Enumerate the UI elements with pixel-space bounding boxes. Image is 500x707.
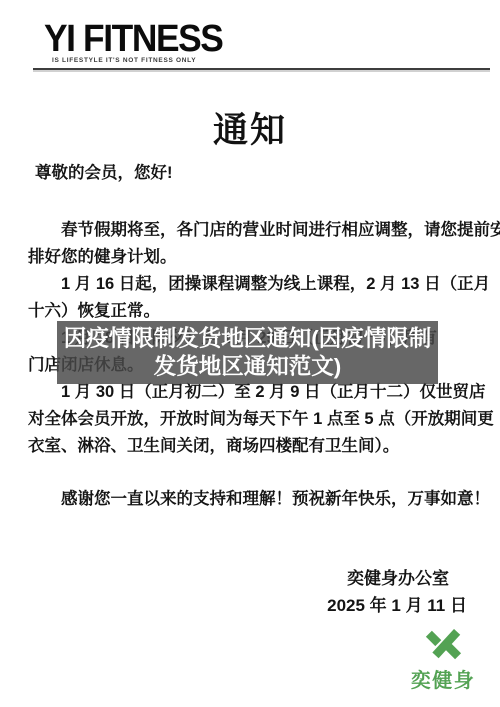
notice-paragraph: 感谢您一直以来的支持和理解！预祝新年快乐，万事如意！ xyxy=(28,486,478,513)
watermark-line-2: 发货地区通知范文) xyxy=(57,353,438,381)
notice-line: 1 月 16 日起，团操课程调整为线上课程，2 月 13 日（正月 xyxy=(28,271,478,298)
notice-line: 感谢您一直以来的支持和理解！预祝新年快乐，万事如意！ xyxy=(28,486,478,513)
footer-logo-text: 奕健身 xyxy=(406,664,480,693)
notice-title: 通知 xyxy=(0,103,500,153)
signature-date: 2025 年 1 月 11 日 xyxy=(327,592,467,619)
footer-logo: 奕健身 xyxy=(406,629,480,693)
notice-page: YI FITNESS IS LIFESTYLE IT'S NOT FITNESS… xyxy=(0,0,500,707)
header-divider xyxy=(33,68,490,70)
notice-paragraph: 1 月 30 日（正月初二）至 2 月 9 日（正月十二）仅世贸店对全体会员开放… xyxy=(28,379,478,460)
brand-tagline: IS LIFESTYLE IT'S NOT FITNESS ONLY xyxy=(52,57,196,64)
signature-office: 奕健身办公室 xyxy=(327,565,449,592)
y-monogram-icon xyxy=(422,629,464,661)
watermark-line-1: 因疫情限制发货地区通知(因疫情限制 xyxy=(57,325,438,353)
notice-paragraph: 春节假期将至，各门店的营业时间进行相应调整，请您提前安排好您的健身计划。 xyxy=(28,217,478,271)
brand-wordmark: YI FITNESS xyxy=(44,18,222,61)
notice-greeting: 尊敬的会员，您好! xyxy=(28,160,478,187)
notice-line: 对全体会员开放，开放时间为每天下午 1 点至 5 点（开放期间更 xyxy=(28,406,478,433)
notice-paragraph: 1 月 16 日起，团操课程调整为线上课程，2 月 13 日（正月十六）恢复正常… xyxy=(28,271,478,325)
notice-line: 排好您的健身计划。 xyxy=(28,244,478,271)
signature-block: 奕健身办公室 2025 年 1 月 11 日 xyxy=(327,565,467,619)
notice-line: 衣室、淋浴、卫生间关闭，商场四楼配有卫生间）。 xyxy=(28,433,478,460)
watermark-overlay: 因疫情限制发货地区通知(因疫情限制 发货地区通知范文) xyxy=(57,321,438,384)
notice-line: 春节假期将至，各门店的营业时间进行相应调整，请您提前安 xyxy=(28,217,478,244)
